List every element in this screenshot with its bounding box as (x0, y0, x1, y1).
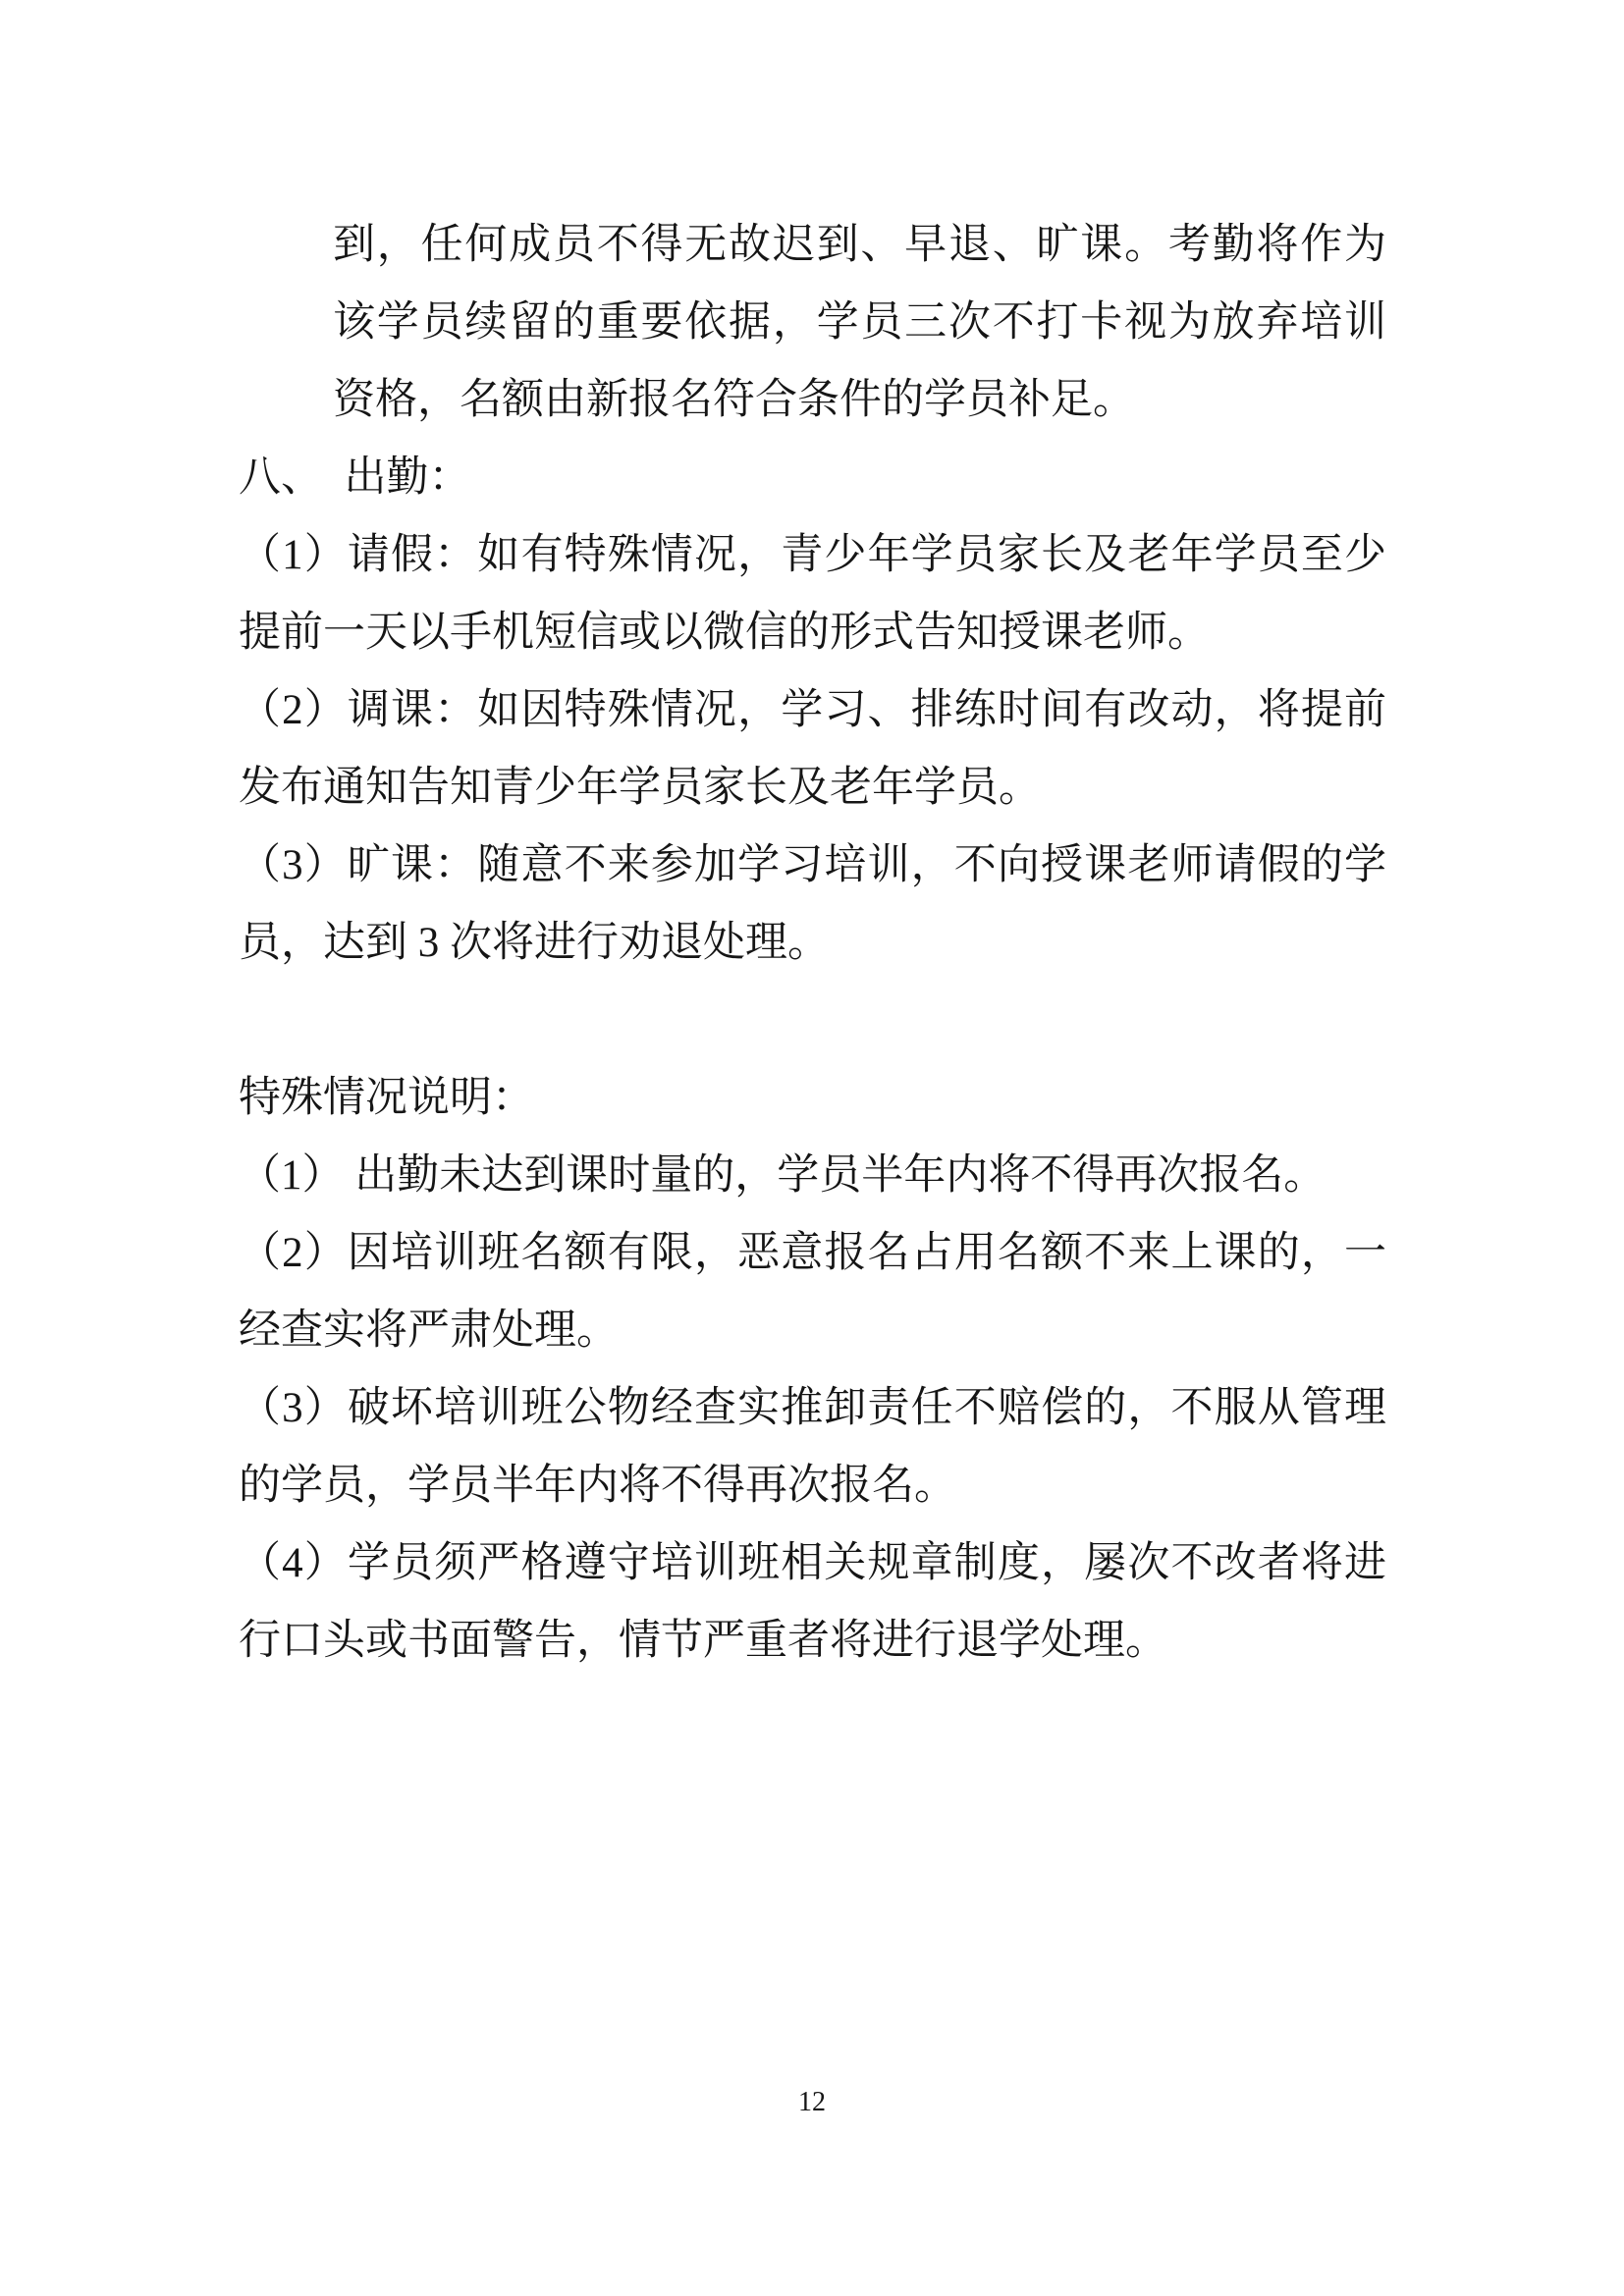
page-footer: 12 (0, 2083, 1624, 2122)
text-line: （4）学员须严格遵守培训班相关规章制度，屡次不改者将进 (239, 1524, 1386, 1602)
text-line: 资格，名额由新报名符合条件的学员补足。 (239, 361, 1386, 439)
text-line: 到，任何成员不得无故迟到、早退、旷课。考勤将作为 (239, 206, 1386, 284)
text-line: （2）因培训班名额有限，恶意报名占用名额不来上课的，一 (239, 1214, 1386, 1292)
text-line: 该学员续留的重要依据，学员三次不打卡视为放弃培训 (239, 284, 1386, 361)
text-line: 八、 出勤： (239, 439, 1386, 516)
text-line: 的学员，学员半年内将不得再次报名。 (239, 1447, 1386, 1524)
text-line: 经查实将严肃处理。 (239, 1292, 1386, 1369)
text-line: 行口头或书面警告，情节严重者将进行退学处理。 (239, 1602, 1386, 1680)
text-line: （3）破坏培训班公物经查实推卸责任不赔偿的，不服从管理 (239, 1369, 1386, 1447)
blank-line (239, 982, 1386, 1059)
text-line: （2）调课：如因特殊情况，学习、排练时间有改动，将提前 (239, 671, 1386, 749)
text-line: 特殊情况说明： (239, 1059, 1386, 1137)
document-page: 到，任何成员不得无故迟到、早退、旷课。考勤将作为该学员续留的重要依据，学员三次不… (0, 0, 1624, 2296)
text-line: 发布通知告知青少年学员家长及老年学员。 (239, 749, 1386, 827)
text-line: （1）请假：如有特殊情况，青少年学员家长及老年学员至少 (239, 516, 1386, 594)
text-block: 到，任何成员不得无故迟到、早退、旷课。考勤将作为该学员续留的重要依据，学员三次不… (239, 206, 1386, 1680)
page-number: 12 (798, 2087, 826, 2117)
text-line: （3）旷课：随意不来参加学习培训，不向授课老师请假的学 (239, 827, 1386, 904)
text-line: 员，达到 3 次将进行劝退处理。 (239, 904, 1386, 982)
text-line: （1） 出勤未达到课时量的，学员半年内将不得再次报名。 (239, 1137, 1386, 1214)
text-line: 提前一天以手机短信或以微信的形式告知授课老师。 (239, 594, 1386, 671)
